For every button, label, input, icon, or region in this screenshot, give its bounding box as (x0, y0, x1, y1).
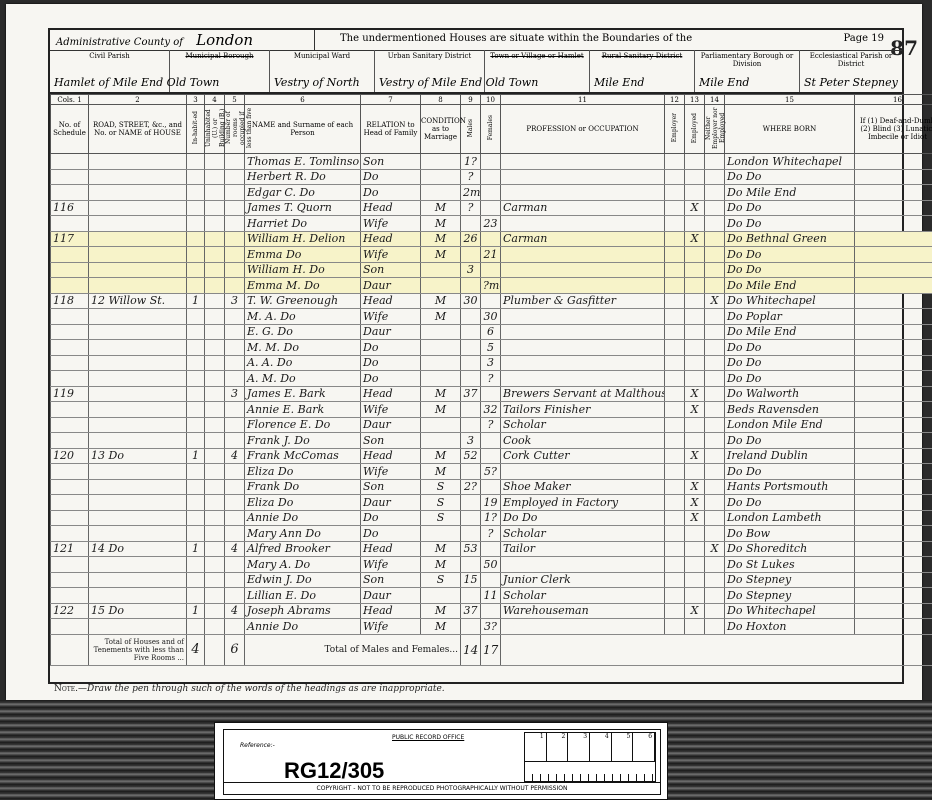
employer-cell (665, 541, 685, 557)
relation-cell: Head (361, 448, 421, 464)
rooms-cell (225, 371, 245, 387)
schedule-cell (51, 417, 89, 433)
schedule-cell (51, 262, 89, 278)
neither-cell (705, 603, 725, 619)
infirmity-cell (855, 402, 932, 418)
rooms-cell (225, 464, 245, 480)
ruler-tick: 5 (612, 733, 634, 761)
name-cell: James T. Quorn (245, 200, 361, 216)
inhabited-cell (187, 154, 205, 170)
condition-cell (421, 324, 461, 340)
employer-cell (665, 324, 685, 340)
header-where-born: WHERE BORN (725, 105, 855, 154)
name-cell: Frank Do (245, 479, 361, 495)
admin-county-value: London (196, 31, 253, 49)
rooms-cell (225, 355, 245, 371)
infirmity-cell (855, 557, 932, 573)
female-age-cell: 21 (481, 247, 501, 263)
col-num: 6 (245, 95, 361, 105)
infirmity-cell (855, 510, 932, 526)
relation-cell: Do (361, 169, 421, 185)
schedule-cell: 120 (51, 448, 89, 464)
rooms-cell (225, 247, 245, 263)
condition-cell: M (421, 541, 461, 557)
neither-cell (705, 557, 725, 573)
uninhabited-cell (205, 293, 225, 309)
schedule-cell (51, 510, 89, 526)
relation-cell: Head (361, 200, 421, 216)
female-age-cell (481, 386, 501, 402)
census-row: 11812 Willow St.13T. W. GreenoughHeadM30… (51, 293, 932, 309)
condition-cell (421, 185, 461, 201)
employer-cell (665, 479, 685, 495)
uninhabited-cell (205, 572, 225, 588)
male-age-cell (461, 340, 481, 356)
infirmity-cell (855, 619, 932, 635)
employed-cell (685, 216, 705, 232)
census-row: Frank DoSonS2?Shoe MakerXHants Portsmout… (51, 479, 932, 495)
census-row: Herbert R. DoDo?Do Do (51, 169, 932, 185)
rooms-cell (225, 417, 245, 433)
relation-cell: Son (361, 479, 421, 495)
census-row: M. A. DoWifeM30Do Poplar (51, 309, 932, 325)
inhabited-cell (187, 557, 205, 573)
neither-cell (705, 572, 725, 588)
occupation-cell: Do Do (501, 510, 665, 526)
neither-cell (705, 169, 725, 185)
employed-cell (685, 557, 705, 573)
neither-cell (705, 200, 725, 216)
division-label: Civil Parish (50, 52, 169, 60)
neither-cell (705, 526, 725, 542)
header-rooms: Number of rooms occupied if less than fi… (225, 105, 245, 154)
male-age-cell: 37 (461, 603, 481, 619)
division-label: Municipal Borough (170, 52, 269, 60)
division-municipal-borough: Municipal Borough (170, 50, 270, 92)
infirmity-cell (855, 262, 932, 278)
road-cell: 14 Do (89, 541, 187, 557)
rooms-cell: 4 (225, 603, 245, 619)
schedule-cell (51, 572, 89, 588)
occupation-cell: Carman (501, 231, 665, 247)
name-cell: Annie Do (245, 619, 361, 635)
occupation-cell: Cork Cutter (501, 448, 665, 464)
name-cell: Emma Do (245, 247, 361, 263)
rooms-cell (225, 526, 245, 542)
male-age-cell (461, 557, 481, 573)
employed-cell: X (685, 479, 705, 495)
male-age-cell: 2mo (461, 185, 481, 201)
division-label: Municipal Ward (270, 52, 374, 60)
schedule-cell (51, 464, 89, 480)
relation-cell: Do (361, 510, 421, 526)
schedule-cell (51, 495, 89, 511)
rooms-cell (225, 572, 245, 588)
where-born-cell: Do Do (725, 200, 855, 216)
inhabited-cell (187, 200, 205, 216)
employed-cell (685, 355, 705, 371)
name-cell: M. A. Do (245, 309, 361, 325)
female-age-cell (481, 448, 501, 464)
occupation-cell (501, 154, 665, 170)
relation-cell: Do (361, 371, 421, 387)
name-cell: M. M. Do (245, 340, 361, 356)
neither-cell: X (705, 293, 725, 309)
uninhabited-cell (205, 231, 225, 247)
road-cell (89, 340, 187, 356)
where-born-cell: Do Do (725, 216, 855, 232)
employed-cell: X (685, 510, 705, 526)
header-males-label: Males (467, 119, 474, 137)
uninhabited-cell (205, 526, 225, 542)
road-cell (89, 572, 187, 588)
totals-row: Total of Houses and of Tenements with le… (51, 634, 932, 665)
census-row: 12013 Do14Frank McComasHeadM52Cork Cutte… (51, 448, 932, 464)
header-rooms-label: Number of rooms occupied if less than fi… (225, 105, 253, 151)
rooms-cell (225, 510, 245, 526)
name-cell: William H. Delion (245, 231, 361, 247)
occupation-cell (501, 340, 665, 356)
inhabited-cell (187, 495, 205, 511)
relation-cell: Daur (361, 495, 421, 511)
female-age-cell: 1? (481, 510, 501, 526)
rooms-cell (225, 340, 245, 356)
relation-cell: Wife (361, 216, 421, 232)
uninhabited-cell (205, 371, 225, 387)
road-cell (89, 324, 187, 340)
where-born-cell: Do Do (725, 262, 855, 278)
division-label: Urban Sanitary District (375, 52, 484, 60)
male-age-cell (461, 324, 481, 340)
name-cell: Edgar C. Do (245, 185, 361, 201)
relation-cell: Do (361, 355, 421, 371)
reference-card-border: Reference:- RG12/305 PUBLIC RECORD OFFIC… (223, 729, 661, 795)
female-age-cell: ? (481, 526, 501, 542)
neither-cell (705, 309, 725, 325)
female-age-cell (481, 433, 501, 449)
female-age-cell: 19 (481, 495, 501, 511)
occupation-cell: Scholar (501, 526, 665, 542)
where-born-cell: Do Stepney (725, 588, 855, 604)
condition-cell: S (421, 572, 461, 588)
road-cell (89, 619, 187, 635)
name-cell: Joseph Abrams (245, 603, 361, 619)
employer-cell (665, 417, 685, 433)
infirmity-cell (855, 293, 932, 309)
where-born-cell: Do Do (725, 169, 855, 185)
relation-cell: Son (361, 262, 421, 278)
female-age-cell: 30 (481, 309, 501, 325)
condition-cell (421, 154, 461, 170)
division-label: Parliamentary Borough or Division (695, 52, 799, 68)
occupation-cell: Employed in Factory (501, 495, 665, 511)
note-label: Note. (54, 684, 78, 694)
name-cell: Thomas E. Tomlinson (245, 154, 361, 170)
employer-cell (665, 557, 685, 573)
condition-cell: M (421, 557, 461, 573)
rooms-cell (225, 557, 245, 573)
relation-cell: Son (361, 572, 421, 588)
employed-cell (685, 278, 705, 294)
census-form: Administrative County of London The unde… (48, 28, 904, 684)
relation-cell: Do (361, 185, 421, 201)
infirmity-cell (855, 200, 932, 216)
where-born-cell: London Lambeth (725, 510, 855, 526)
copyright-notice: COPYRIGHT - NOT TO BE REPRODUCED PHOTOGR… (224, 782, 660, 794)
division-value: Mile End (594, 76, 644, 89)
column-header-row: No. of Schedule ROAD, STREET, &c., and N… (51, 105, 932, 154)
reference-card: Reference:- RG12/305 PUBLIC RECORD OFFIC… (214, 722, 668, 800)
persons-total-label: Total of Males and Females... (245, 634, 461, 665)
occupation-cell: Tailor (501, 541, 665, 557)
male-age-cell (461, 371, 481, 387)
division-label: Ecclesiastical Parish or District (800, 52, 902, 68)
name-cell: T. W. Greenough (245, 293, 361, 309)
rooms-cell (225, 278, 245, 294)
inhabited-cell (187, 619, 205, 635)
neither-cell (705, 417, 725, 433)
rooms-cell: 3 (225, 386, 245, 402)
division-rural-sanitary: Rural Sanitary District Mile End (590, 50, 695, 92)
header-name: NAME and Surname of each Person (245, 105, 361, 154)
employed-cell (685, 572, 705, 588)
neither-cell (705, 386, 725, 402)
infirmity-cell (855, 417, 932, 433)
neither-cell (705, 262, 725, 278)
header-road: ROAD, STREET, &c., and No. or NAME of HO… (89, 105, 187, 154)
inhabited-cell (187, 247, 205, 263)
census-row: 12215 Do14Joseph AbramsHeadM37Warehousem… (51, 603, 932, 619)
rooms-cell (225, 169, 245, 185)
neither-cell (705, 619, 725, 635)
road-cell (89, 216, 187, 232)
males-total: 14 (461, 634, 481, 665)
employed-cell (685, 619, 705, 635)
header-condition: CONDITION as to Marriage (421, 105, 461, 154)
occupation-cell: Brewers Servant at Malthouse (501, 386, 665, 402)
infirmity-cell (855, 216, 932, 232)
condition-cell: M (421, 619, 461, 635)
header-inhabited: In-habit-ed (187, 105, 205, 154)
ruler-tick: 3 (568, 733, 590, 761)
condition-cell: M (421, 216, 461, 232)
where-born-cell: Do Mile End (725, 278, 855, 294)
female-age-cell: 23 (481, 216, 501, 232)
rooms-cell (225, 495, 245, 511)
rooms-cell: 4 (225, 541, 245, 557)
female-age-cell (481, 479, 501, 495)
division-urban-sanitary: Urban Sanitary District Vestry of Mile E… (375, 50, 485, 92)
road-cell: 13 Do (89, 448, 187, 464)
road-cell (89, 417, 187, 433)
infirmity-cell (855, 324, 932, 340)
census-row: Lillian E. DoDaur11ScholarDo Stepney (51, 588, 932, 604)
road-cell (89, 309, 187, 325)
rooms-cell: 3 (225, 293, 245, 309)
name-cell: Mary Ann Do (245, 526, 361, 542)
where-born-cell: Do St Lukes (725, 557, 855, 573)
female-age-cell (481, 541, 501, 557)
condition-cell (421, 278, 461, 294)
relation-cell: Wife (361, 557, 421, 573)
division-town-village: Town or Village or Hamlet (485, 50, 590, 92)
uninhabited-cell (205, 510, 225, 526)
female-age-cell (481, 154, 501, 170)
employer-cell (665, 340, 685, 356)
occupation-cell (501, 324, 665, 340)
male-age-cell: ? (461, 169, 481, 185)
schedule-cell (51, 185, 89, 201)
inhabited-cell (187, 371, 205, 387)
ruler-tick: 2 (547, 733, 569, 761)
schedule-cell: 122 (51, 603, 89, 619)
road-cell: 12 Willow St. (89, 293, 187, 309)
infirmity-cell (855, 526, 932, 542)
where-born-cell: Do Bethnal Green (725, 231, 855, 247)
where-born-cell: Do Do (725, 371, 855, 387)
where-born-cell: Do Hoxton (725, 619, 855, 635)
uninhabited-cell (205, 169, 225, 185)
road-cell (89, 371, 187, 387)
infirmity-cell (855, 603, 932, 619)
occupation-cell: Tailors Finisher (501, 402, 665, 418)
employer-cell (665, 169, 685, 185)
where-born-cell: Do Poplar (725, 309, 855, 325)
where-born-cell: Do Walworth (725, 386, 855, 402)
employer-cell (665, 510, 685, 526)
name-cell: Edwin J. Do (245, 572, 361, 588)
male-age-cell: 1? (461, 154, 481, 170)
uninhabited-cell (205, 154, 225, 170)
infirmity-cell (855, 572, 932, 588)
employer-cell (665, 278, 685, 294)
name-cell: Emma M. Do (245, 278, 361, 294)
male-age-cell (461, 588, 481, 604)
condition-cell (421, 526, 461, 542)
road-cell (89, 464, 187, 480)
infirmity-cell (855, 309, 932, 325)
inhabited-cell (187, 433, 205, 449)
neither-cell (705, 355, 725, 371)
females-total: 17 (481, 634, 501, 665)
inhabited-cell (187, 278, 205, 294)
male-age-cell (461, 309, 481, 325)
infirmity-cell (855, 340, 932, 356)
condition-cell: M (421, 293, 461, 309)
name-cell: Lillian E. Do (245, 588, 361, 604)
header-neither: Neither Employer nor Employed (705, 105, 725, 154)
employed-cell (685, 371, 705, 387)
condition-cell (421, 169, 461, 185)
employed-cell (685, 433, 705, 449)
inhabited-cell: 1 (187, 541, 205, 557)
male-age-cell (461, 510, 481, 526)
boundaries-text: The undermentioned Houses are situate wi… (340, 33, 692, 44)
census-row: Mary Ann DoDo?ScholarDo Bow (51, 526, 932, 542)
condition-cell: S (421, 479, 461, 495)
schedule-cell (51, 154, 89, 170)
census-row: William H. DoSon3Do Do (51, 262, 932, 278)
schedule-cell (51, 557, 89, 573)
relation-cell: Do (361, 340, 421, 356)
female-age-cell: ? (481, 417, 501, 433)
occupation-cell (501, 371, 665, 387)
schedule-cell (51, 479, 89, 495)
census-row: 116James T. QuornHeadM?CarmanXDo Do (51, 200, 932, 216)
uninhabited-cell (205, 247, 225, 263)
where-born-cell: Do Stepney (725, 572, 855, 588)
condition-cell: M (421, 309, 461, 325)
neither-cell (705, 588, 725, 604)
census-row: Annie E. BarkWifeM32Tailors FinisherXBed… (51, 402, 932, 418)
relation-cell: Do (361, 526, 421, 542)
neither-cell (705, 464, 725, 480)
neither-cell (705, 448, 725, 464)
census-table: Cols. 1 2 3 4 5 6 7 8 9 10 11 12 13 14 (50, 94, 902, 666)
census-row: Frank J. DoSon3CookDo Do (51, 433, 932, 449)
where-born-cell: Do Whitechapel (725, 603, 855, 619)
condition-cell (421, 417, 461, 433)
divisions-row: Civil Parish Hamlet of Mile End Old Town… (50, 50, 902, 94)
occupation-cell: Scholar (501, 588, 665, 604)
rooms-cell (225, 309, 245, 325)
houses-inhabited-total: 4 (187, 634, 205, 665)
male-age-cell (461, 619, 481, 635)
schedule-cell (51, 247, 89, 263)
male-age-cell: 53 (461, 541, 481, 557)
infirmity-cell (855, 448, 932, 464)
header-neither-label: Neither Employer nor Employed (705, 105, 726, 151)
where-born-cell: Do Do (725, 340, 855, 356)
schedule-cell: 116 (51, 200, 89, 216)
header-occupation: PROFESSION or OCCUPATION (501, 105, 665, 154)
employer-cell (665, 603, 685, 619)
employed-cell: X (685, 386, 705, 402)
rooms-cell (225, 200, 245, 216)
inhabited-cell: 1 (187, 448, 205, 464)
rooms-cell: 4 (225, 448, 245, 464)
neither-cell (705, 510, 725, 526)
road-cell (89, 495, 187, 511)
relation-cell: Wife (361, 402, 421, 418)
male-age-cell (461, 216, 481, 232)
division-label: Town or Village or Hamlet (485, 52, 589, 60)
occupation-cell: Junior Clerk (501, 572, 665, 588)
female-age-cell: 6 (481, 324, 501, 340)
female-age-cell: ? (481, 371, 501, 387)
female-age-cell (481, 185, 501, 201)
employer-cell (665, 355, 685, 371)
col-num: 13 (685, 95, 705, 105)
infirmity-cell (855, 541, 932, 557)
occupation-cell (501, 464, 665, 480)
occupation-cell: Warehouseman (501, 603, 665, 619)
employer-cell (665, 464, 685, 480)
rooms-cell (225, 324, 245, 340)
scale-ruler: 1 2 3 4 5 6 (524, 732, 656, 782)
male-age-cell: ? (461, 200, 481, 216)
division-parliamentary: Parliamentary Borough or Division Mile E… (695, 50, 800, 92)
uninhabited-cell (205, 464, 225, 480)
houses-uninhabited-total (205, 634, 225, 665)
header-females: Females (481, 105, 501, 154)
condition-cell: M (421, 603, 461, 619)
female-age-cell: 5? (481, 464, 501, 480)
employed-cell (685, 247, 705, 263)
relation-cell: Daur (361, 588, 421, 604)
infirmity-cell (855, 154, 932, 170)
occupation-cell (501, 216, 665, 232)
